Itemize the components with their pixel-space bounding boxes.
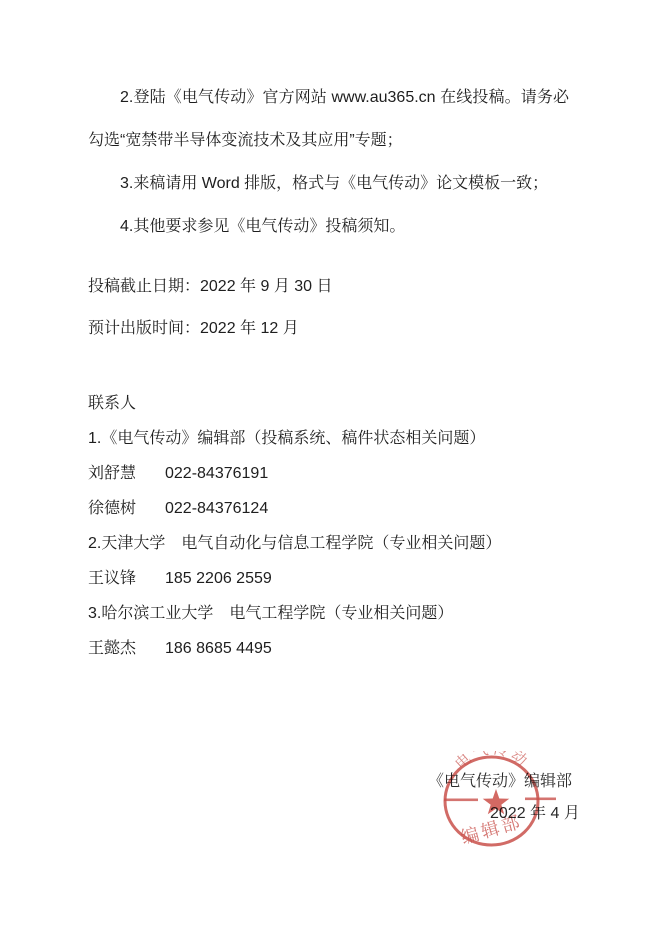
seal-bottom-textpath: 编辑部 [459, 811, 525, 847]
contact-phone: 022-84376191 [165, 465, 268, 482]
contact-name: 王议锋 [88, 561, 165, 596]
contact-name: 王懿杰 [88, 631, 165, 666]
contact-name: 刘舒慧 [88, 456, 165, 491]
contact-person: 王懿杰186 8685 4495 [88, 631, 569, 666]
contact-person: 王议锋185 2206 2559 [88, 561, 569, 596]
seal-top-textpath: 电气传动 [451, 751, 532, 773]
submission-instructions: 2.登陆《电气传动》官方网站 www.au365.cn 在线投稿。请务必勾选“宽… [88, 76, 569, 248]
contact-group-title: 3.哈尔滨工业大学 电气工程学院（专业相关问题） [88, 596, 569, 631]
contact-person: 刘舒慧022-84376191 [88, 456, 569, 491]
seal-top-text: 电气传动 [451, 751, 532, 773]
seal-dash-left [444, 799, 478, 802]
contact-group-title: 1.《电气传动》编辑部（投稿系统、稿件状态相关问题） [88, 421, 569, 456]
contact-phone: 185 2206 2559 [165, 570, 272, 587]
submission-deadline: 投稿截止日期：2022 年 9 月 30 日 [88, 266, 569, 308]
contact-phone: 022-84376124 [165, 500, 268, 517]
publication-date: 预计出版时间：2022 年 12 月 [88, 308, 569, 350]
contact-group-title: 2.天津大学 电气自动化与信息工程学院（专业相关问题） [88, 526, 569, 561]
contacts-section: 联系人 1.《电气传动》编辑部（投稿系统、稿件状态相关问题） 刘舒慧022-84… [88, 386, 569, 666]
instruction-item-3: 3.来稿请用 Word 排版，格式与《电气传动》论文模板一致； [88, 162, 569, 205]
red-seal-stamp: 电气传动 编辑部 [441, 751, 559, 853]
seal-star-icon [483, 789, 510, 814]
instruction-item-2: 2.登陆《电气传动》官方网站 www.au365.cn 在线投稿。请务必勾选“宽… [88, 76, 569, 162]
contact-person: 徐德树022-84376124 [88, 491, 569, 526]
contacts-heading: 联系人 [88, 386, 569, 421]
contact-phone: 186 8685 4495 [165, 640, 272, 657]
document-page: 2.登陆《电气传动》官方网站 www.au365.cn 在线投稿。请务必勾选“宽… [0, 0, 657, 935]
instruction-item-4: 4.其他要求参见《电气传动》投稿须知。 [88, 205, 569, 248]
seal-dash-right [525, 798, 556, 801]
document-body: 2.登陆《电气传动》官方网站 www.au365.cn 在线投稿。请务必勾选“宽… [0, 0, 657, 666]
contact-name: 徐德树 [88, 491, 165, 526]
key-dates: 投稿截止日期：2022 年 9 月 30 日 预计出版时间：2022 年 12 … [88, 266, 569, 350]
seal-bottom-text: 编辑部 [459, 811, 525, 847]
